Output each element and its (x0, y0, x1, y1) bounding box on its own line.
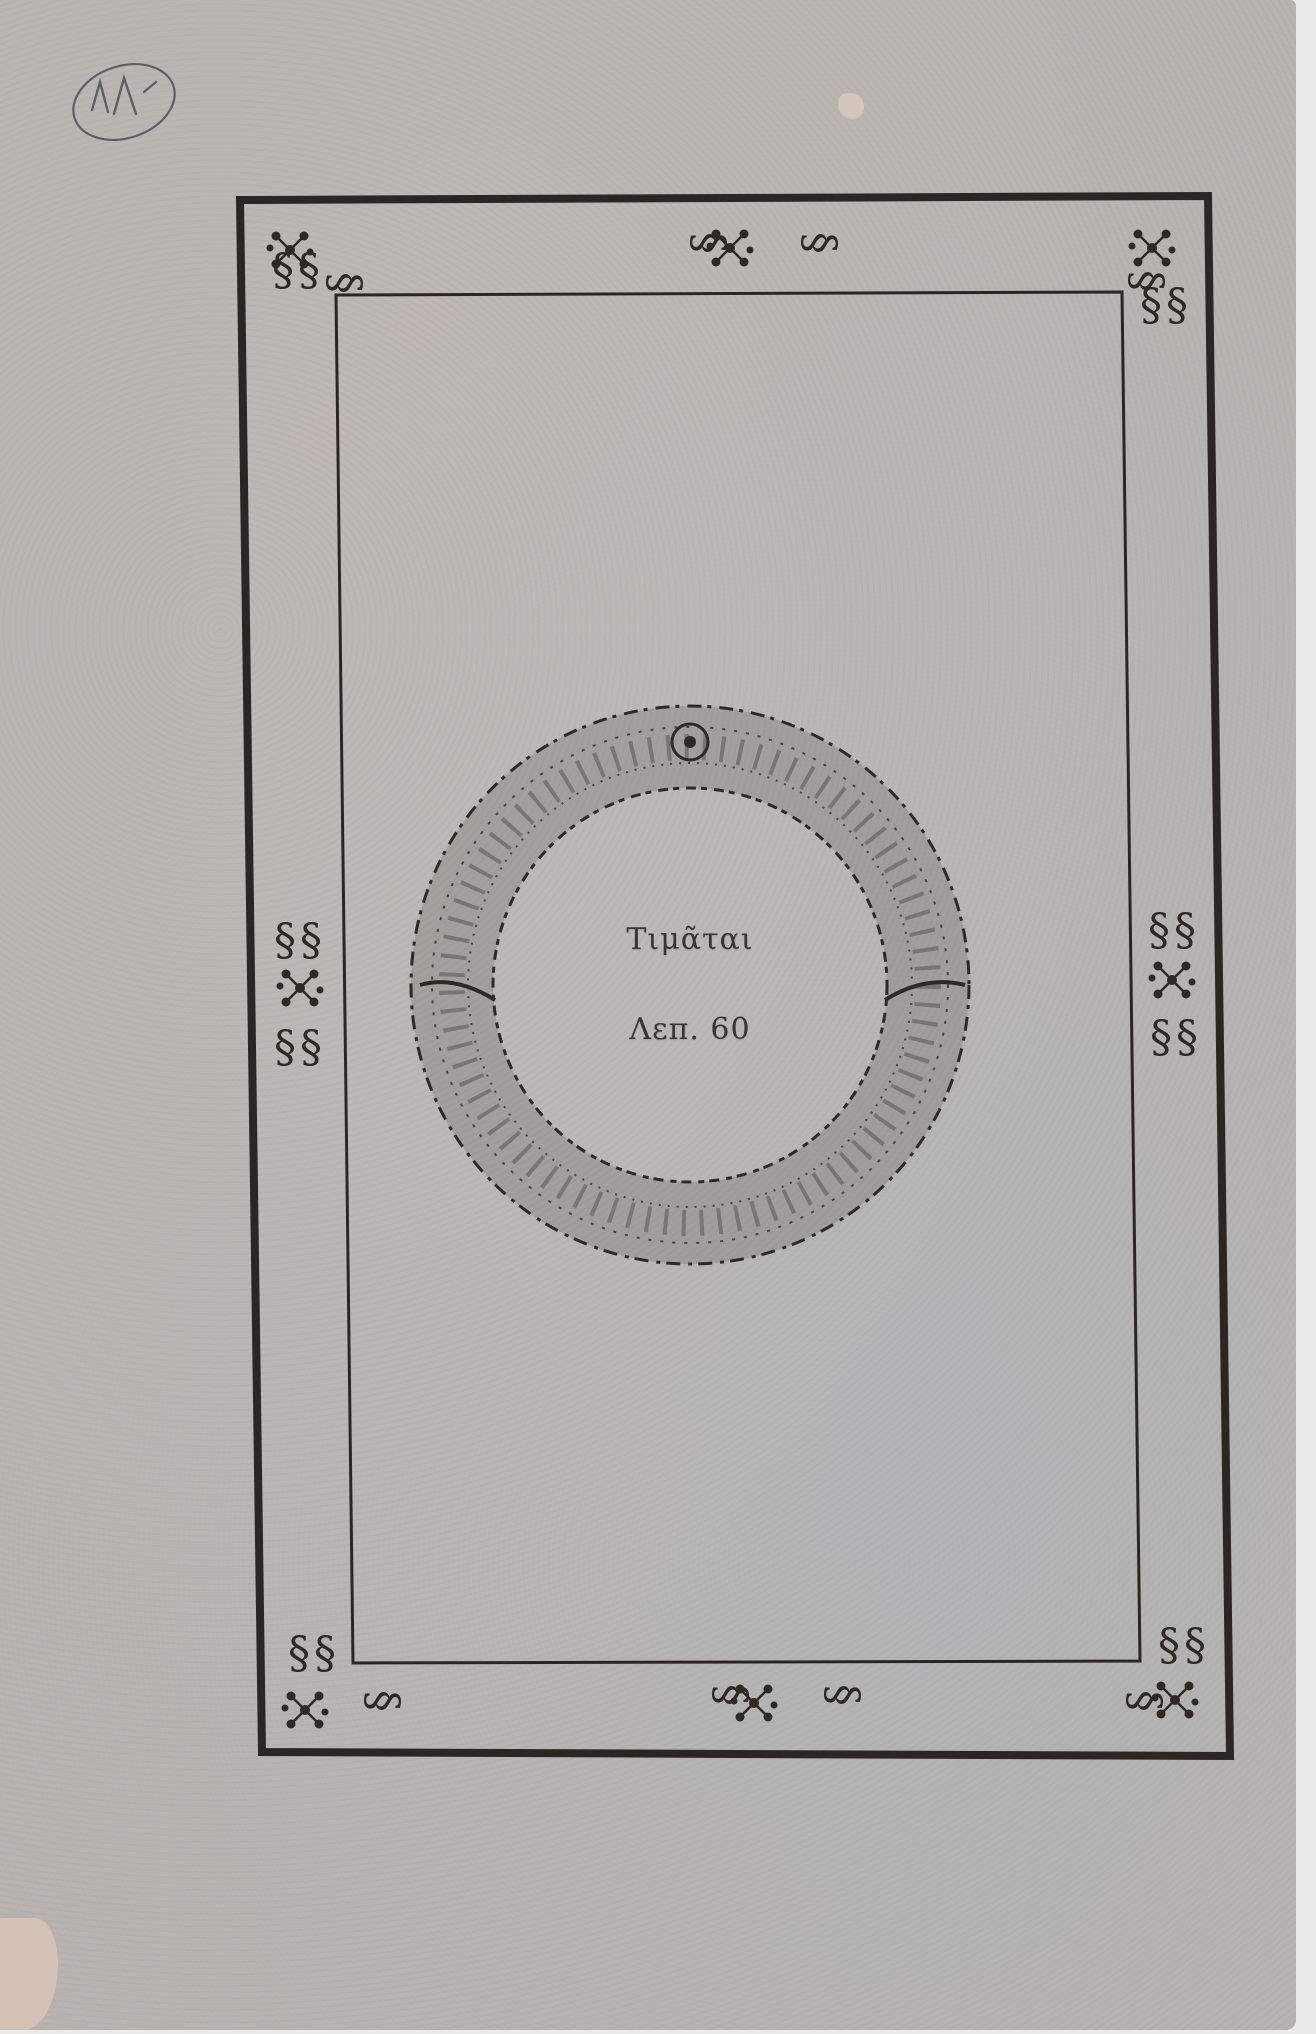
ornament-bottom-center (705, 1684, 868, 1722)
ornament-top-left (267, 232, 371, 297)
ornament-bottom-right (1119, 1620, 1206, 1719)
outer-border (240, 196, 1230, 1756)
ornament-left-middle (274, 915, 324, 1073)
ornament-right-middle (1148, 905, 1198, 1063)
wreath-illustration (411, 706, 969, 1264)
ornament-top-right (1121, 230, 1188, 332)
price-value: Λεπ. 60 (540, 1012, 840, 1047)
price-label: Τιμᾶται (540, 922, 840, 957)
ornament-bottom-left (282, 1628, 409, 1729)
ornament-top-center (683, 230, 845, 267)
